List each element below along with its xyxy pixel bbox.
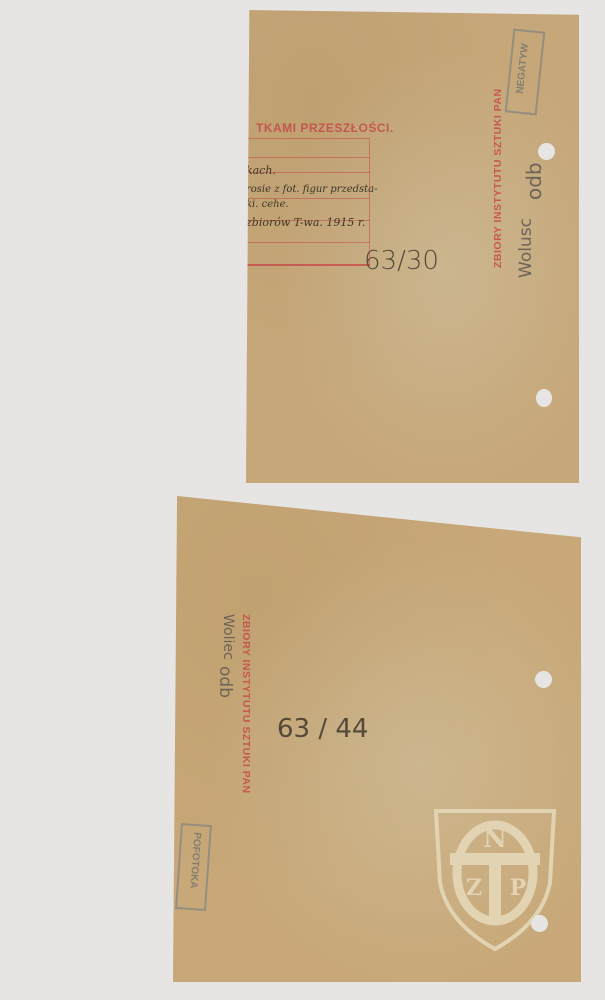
svg-text:Z: Z	[466, 875, 482, 901]
pencil-note-location: Woliec	[220, 614, 236, 660]
top-card: TKAMI PRZESZŁOŚCI. kach. rosie z fot. fi…	[246, 10, 579, 483]
institute-stamp: ZBIORY INSTYTUTU SZTUKI PAN	[240, 614, 252, 794]
institute-stamp: ZBIORY INSTYTUTU SZTUKI PAN	[492, 88, 504, 268]
svg-text:P: P	[510, 875, 527, 901]
bottom-card: ZBIORY INSTYTUTU SZTUKI PAN Woliec odb 6…	[173, 496, 581, 982]
pencil-note-location: Wolusc	[516, 218, 536, 278]
punch-hole	[536, 389, 552, 407]
photo-stamp: POFOTOKA	[175, 823, 212, 911]
form-line-3: ki. cehe.	[246, 199, 289, 210]
negative-stamp: NEGATYW	[505, 29, 546, 116]
form-line-2: rosie z fot. figur przedsta-	[246, 184, 378, 195]
inventory-number: 63 / 44	[277, 714, 368, 744]
inventory-number: 63/30	[364, 246, 439, 276]
pencil-note-odb: odb	[215, 666, 235, 698]
punch-hole	[531, 915, 548, 932]
pencil-note-odb: odb	[522, 162, 546, 200]
punch-hole	[535, 671, 552, 688]
header-stamp: TKAMI PRZESZŁOŚCI.	[256, 121, 394, 135]
punch-hole	[538, 143, 555, 160]
svg-text:N: N	[483, 824, 507, 854]
form-line-4: zbiorów T-wa. 1915 r.	[246, 216, 365, 229]
form-line-1: kach.	[246, 164, 276, 177]
